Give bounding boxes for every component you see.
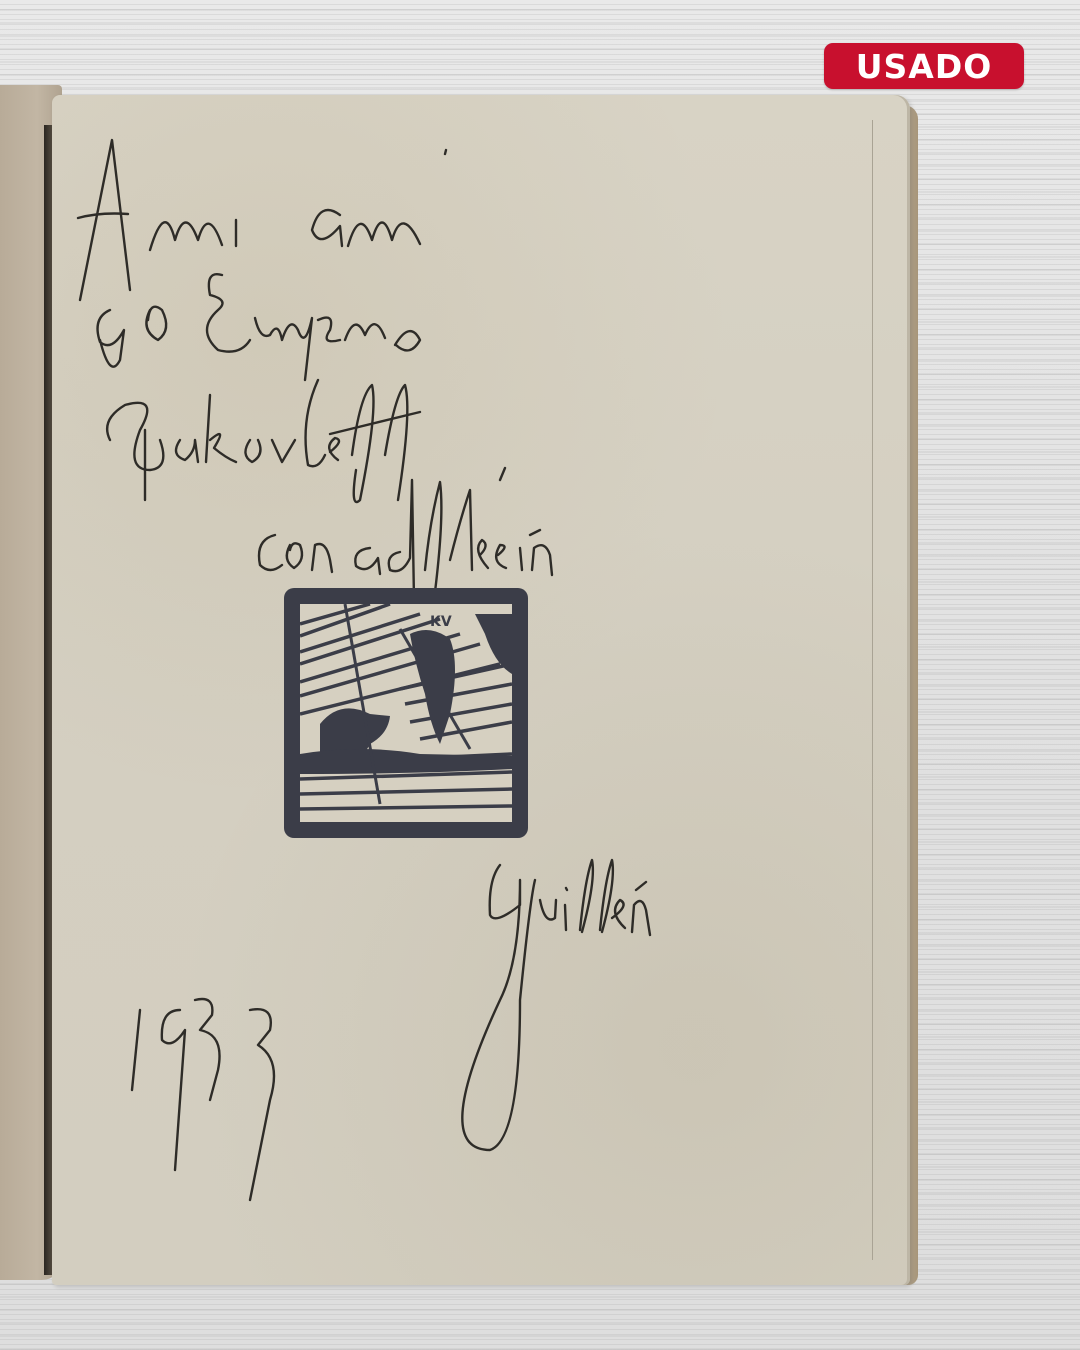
woodcut-vignette: KV bbox=[284, 588, 528, 838]
condition-badge: USADO bbox=[824, 43, 1024, 89]
woodcut-scene: KV bbox=[300, 604, 512, 822]
handwritten-inscription bbox=[0, 0, 1080, 1350]
boatmen-illustration-icon: KV bbox=[300, 604, 512, 822]
monogram-text: KV bbox=[430, 614, 452, 630]
condition-badge-label: USADO bbox=[856, 47, 993, 86]
